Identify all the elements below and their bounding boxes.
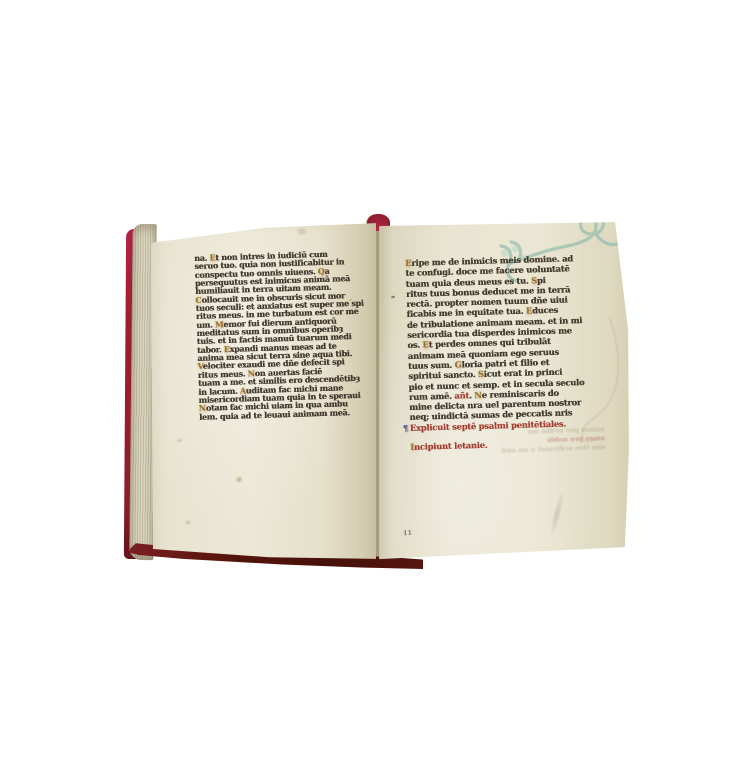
paraph-mark: ¶ [403,423,408,433]
left-page-text-block: na. Et non intres in iudiciū cumseruo tu… [194,248,391,421]
parchment-stain [176,438,183,443]
rubric-text: añt [454,390,469,400]
folio-number: 11 [403,529,413,538]
margin-mark [391,295,395,298]
photo-background: na. Et non intres in iudiciū cumseruo tu… [0,0,755,780]
body-text: duces [532,305,558,316]
left-manuscript-page: na. Et non intres in iudiciū cumseruo tu… [144,220,380,562]
right-manuscript-page: Eripe me de inimicis meis domine. adte c… [377,200,643,562]
body-text: pi [537,275,546,285]
parchment-smudge [547,490,566,539]
right-page-text-block: Eripe me de inimicis meis domine. adte c… [405,252,610,452]
parchment-stain [234,476,244,483]
show-through-text: anime pro nrdba meamre pro nobissīm ttre… [493,425,606,455]
rubric-text: ncipiunt letanie. [414,440,488,452]
parchment-stain [294,228,310,235]
body-text: os. [407,340,422,350]
parchment-stain [184,520,192,525]
